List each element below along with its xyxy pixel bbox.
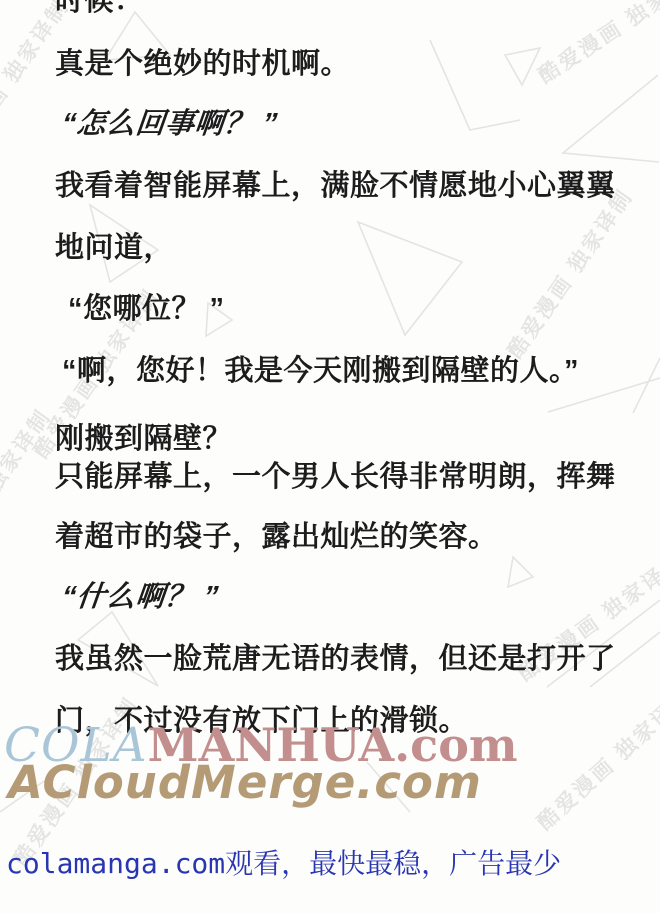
watermark-text: 酷爱漫画 独家译制: [530, 679, 660, 836]
story-line-quote: “啊，您好！我是今天刚搬到隔壁的人。”: [62, 348, 579, 389]
story-line: 着超市的袋子，露出灿烂的笑容。: [55, 514, 498, 555]
story-line: 地问道，: [55, 225, 173, 266]
watermark-text: 酷爱漫画 独家译制: [0, 402, 57, 584]
footer-promo-text: colamanga.com观看，最快最稳，广告最少: [6, 842, 561, 882]
story-line: 真是个绝妙的时机啊。: [55, 41, 350, 82]
manga-text-page: 酷爱漫画 独家译制 酷爱漫画 独家译制 酷爱漫画 独家译制 酷爱漫画 独家译制 …: [0, 0, 660, 913]
watermark-text: 酷爱漫画 独家译制: [532, 0, 660, 90]
story-line: 刚搬到隔壁？: [55, 416, 232, 457]
story-line-quote: “怎么回事啊？ ”: [60, 101, 280, 142]
watermark-text: 酷爱漫画 独家译制: [0, 0, 75, 174]
story-line-quote: “您哪位？ ”: [68, 286, 225, 327]
watermark-text: 酷爱漫画 独家译制: [500, 182, 640, 364]
story-line: 我虽然一脸荒唐无语的表情，但还是打开了: [55, 636, 616, 677]
acloudmerge-logo: ACloudMerge.com: [8, 760, 482, 805]
story-line: 只能屏幕上，一个男人长得非常明朗，挥舞: [55, 454, 616, 495]
story-line-clipped: 时候：: [55, 0, 144, 19]
story-line: 我看着智能屏幕上，满脸不情愿地小心翼翼: [55, 163, 616, 204]
story-line-quote: “什么啊？ ”: [60, 574, 221, 615]
